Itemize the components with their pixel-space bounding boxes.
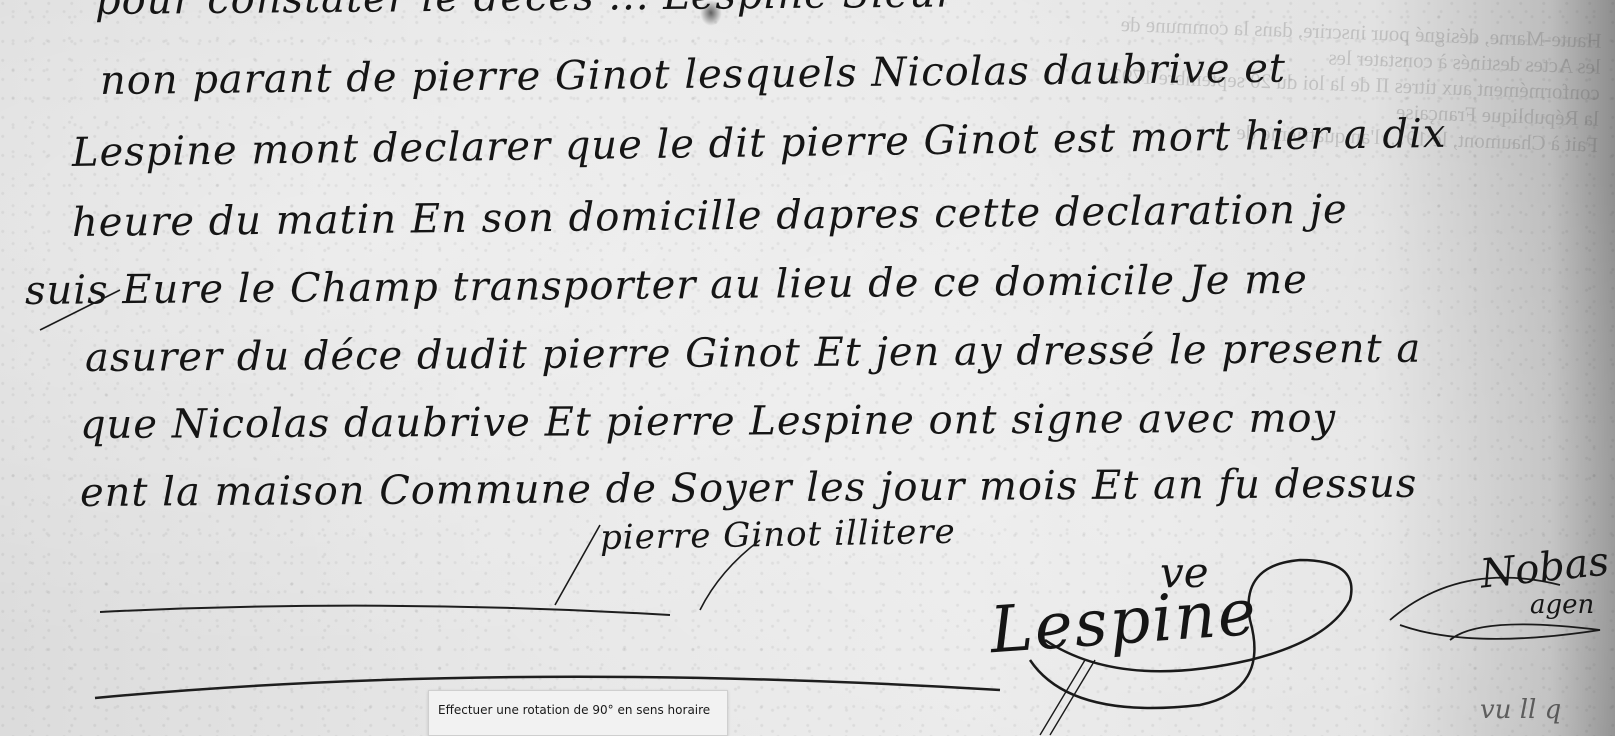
handwritten-line: pour constater le deces ... Lespine Sieu…	[95, 0, 957, 24]
handwritten-line: ent la maison Commune de Soyer les jour …	[80, 461, 1418, 516]
handwritten-line: heure du matin En son domicille dapres c…	[72, 187, 1348, 246]
signature-right-margin-sub: agen	[1530, 590, 1594, 620]
handwritten-line: asurer du déce dudit pierre Ginot Et jen…	[85, 326, 1422, 381]
handwritten-line: pierre Ginot illitere	[600, 512, 956, 558]
handwritten-line: Lespine mont declarer que le dit pierre …	[72, 111, 1447, 176]
rotate-clockwise-tooltip: Effectuer une rotation de 90° en sens ho…	[428, 690, 728, 736]
signature-right-margin: Nobas	[1478, 538, 1611, 597]
handwritten-line: que Nicolas daubrive Et pierre Lespine o…	[80, 395, 1336, 448]
image-viewer-canvas[interactable]: Haute-Marne, désigné pour inscrire, dans…	[0, 0, 1615, 736]
signature-lespine: Lespine	[988, 576, 1260, 668]
tooltip-text: Effectuer une rotation de 90° en sens ho…	[438, 703, 710, 717]
handwritten-line: suis Eure le Champ transporter au lieu d…	[25, 257, 1308, 314]
bottom-margin-text: vu ll q	[1480, 695, 1561, 725]
